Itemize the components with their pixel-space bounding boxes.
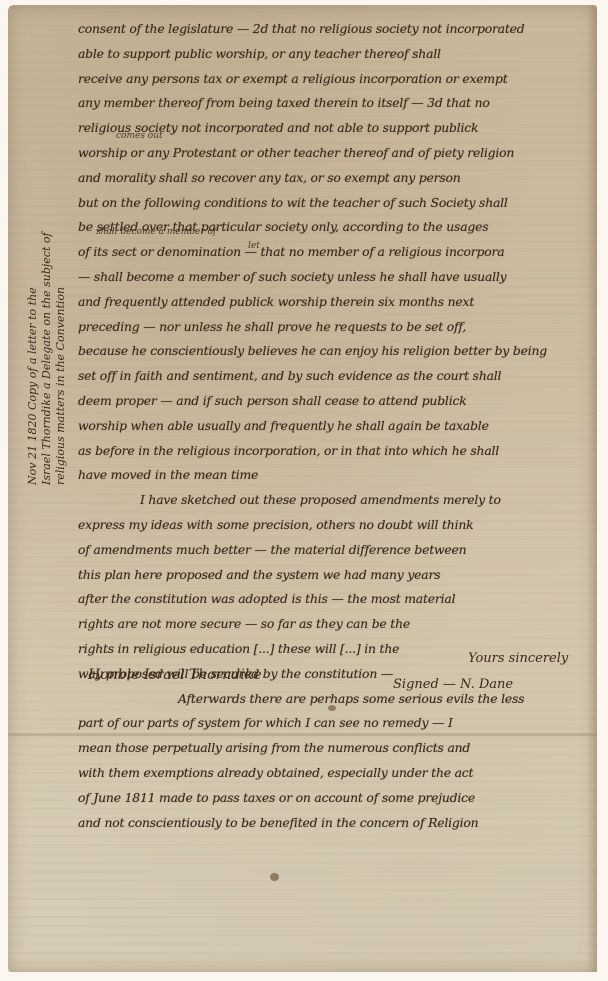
interlinear-note: comes out (116, 131, 163, 141)
margin-note-line: Israel Thorndike a Delegate on the subje… (40, 232, 54, 485)
body-line: this plan here proposed and the system w… (78, 563, 588, 588)
interlinear-note: shall become a member of (96, 227, 216, 237)
body-line: set off in faith and sentiment, and by s… (78, 364, 588, 389)
body-line: consent of the legislature — 2d that no … (78, 17, 588, 42)
body-line: part of our parts of system for which I … (78, 711, 588, 736)
body-line: but on the following conditions to wit t… (78, 191, 588, 216)
body-line: able to support public worship, or any t… (78, 42, 588, 67)
body-line: and morality shall so recover any tax, o… (78, 166, 588, 191)
signature: Signed — N. Dane (393, 677, 513, 692)
body-line: mean those perpetually arising from the … (78, 736, 588, 761)
body-line: worship or any Protestant or other teach… (78, 141, 588, 166)
body-line: rights are not more secure — so far as t… (78, 612, 588, 637)
body-line: — shall become a member of such society … (78, 265, 588, 290)
body-line: of June 1811 made to pass taxes or on ac… (78, 786, 588, 811)
letter-closing: Yours sincerely (468, 651, 568, 666)
body-line: of its sect or denomination — that no me… (78, 240, 588, 265)
ink-stain (270, 873, 279, 881)
body-line: and frequently attended publick worship … (78, 290, 588, 315)
body-line: and not conscientiously to be benefited … (78, 811, 588, 836)
body-line: because he conscientiously believes he c… (78, 339, 588, 364)
body-line: have moved in the mean time (78, 463, 588, 488)
margin-note: Nov 21 1820 Copy of a letter to the Isra… (26, 232, 68, 485)
body-line: worship when able usually and frequently… (78, 414, 588, 439)
ink-stain (328, 705, 336, 711)
body-line: with them exemptions already obtained, e… (78, 761, 588, 786)
paragraph-start-line: I have sketched out these proposed amend… (78, 488, 588, 513)
body-line: any member thereof from being taxed ther… (78, 91, 588, 116)
body-line: express my ideas with some precision, ot… (78, 513, 588, 538)
body-line: receive any persons tax or exempt a reli… (78, 67, 588, 92)
interlinear-note: let (248, 241, 260, 251)
margin-note-line: religious matters in the Convention (54, 232, 68, 485)
addressee: Honble Israel Thorndike (88, 667, 262, 683)
body-line: after the constitution was adopted is th… (78, 587, 588, 612)
body-line: as before in the religious incorporation… (78, 439, 588, 464)
manuscript-page: Nov 21 1820 Copy of a letter to the Isra… (8, 5, 597, 972)
body-line: preceding — nor unless he shall prove he… (78, 315, 588, 340)
body-line: of amendments much better — the material… (78, 538, 588, 563)
paper-edge-shadow (587, 5, 597, 972)
margin-note-line: Nov 21 1820 Copy of a letter to the (26, 232, 40, 485)
body-line: deem proper — and if such person shall c… (78, 389, 588, 414)
